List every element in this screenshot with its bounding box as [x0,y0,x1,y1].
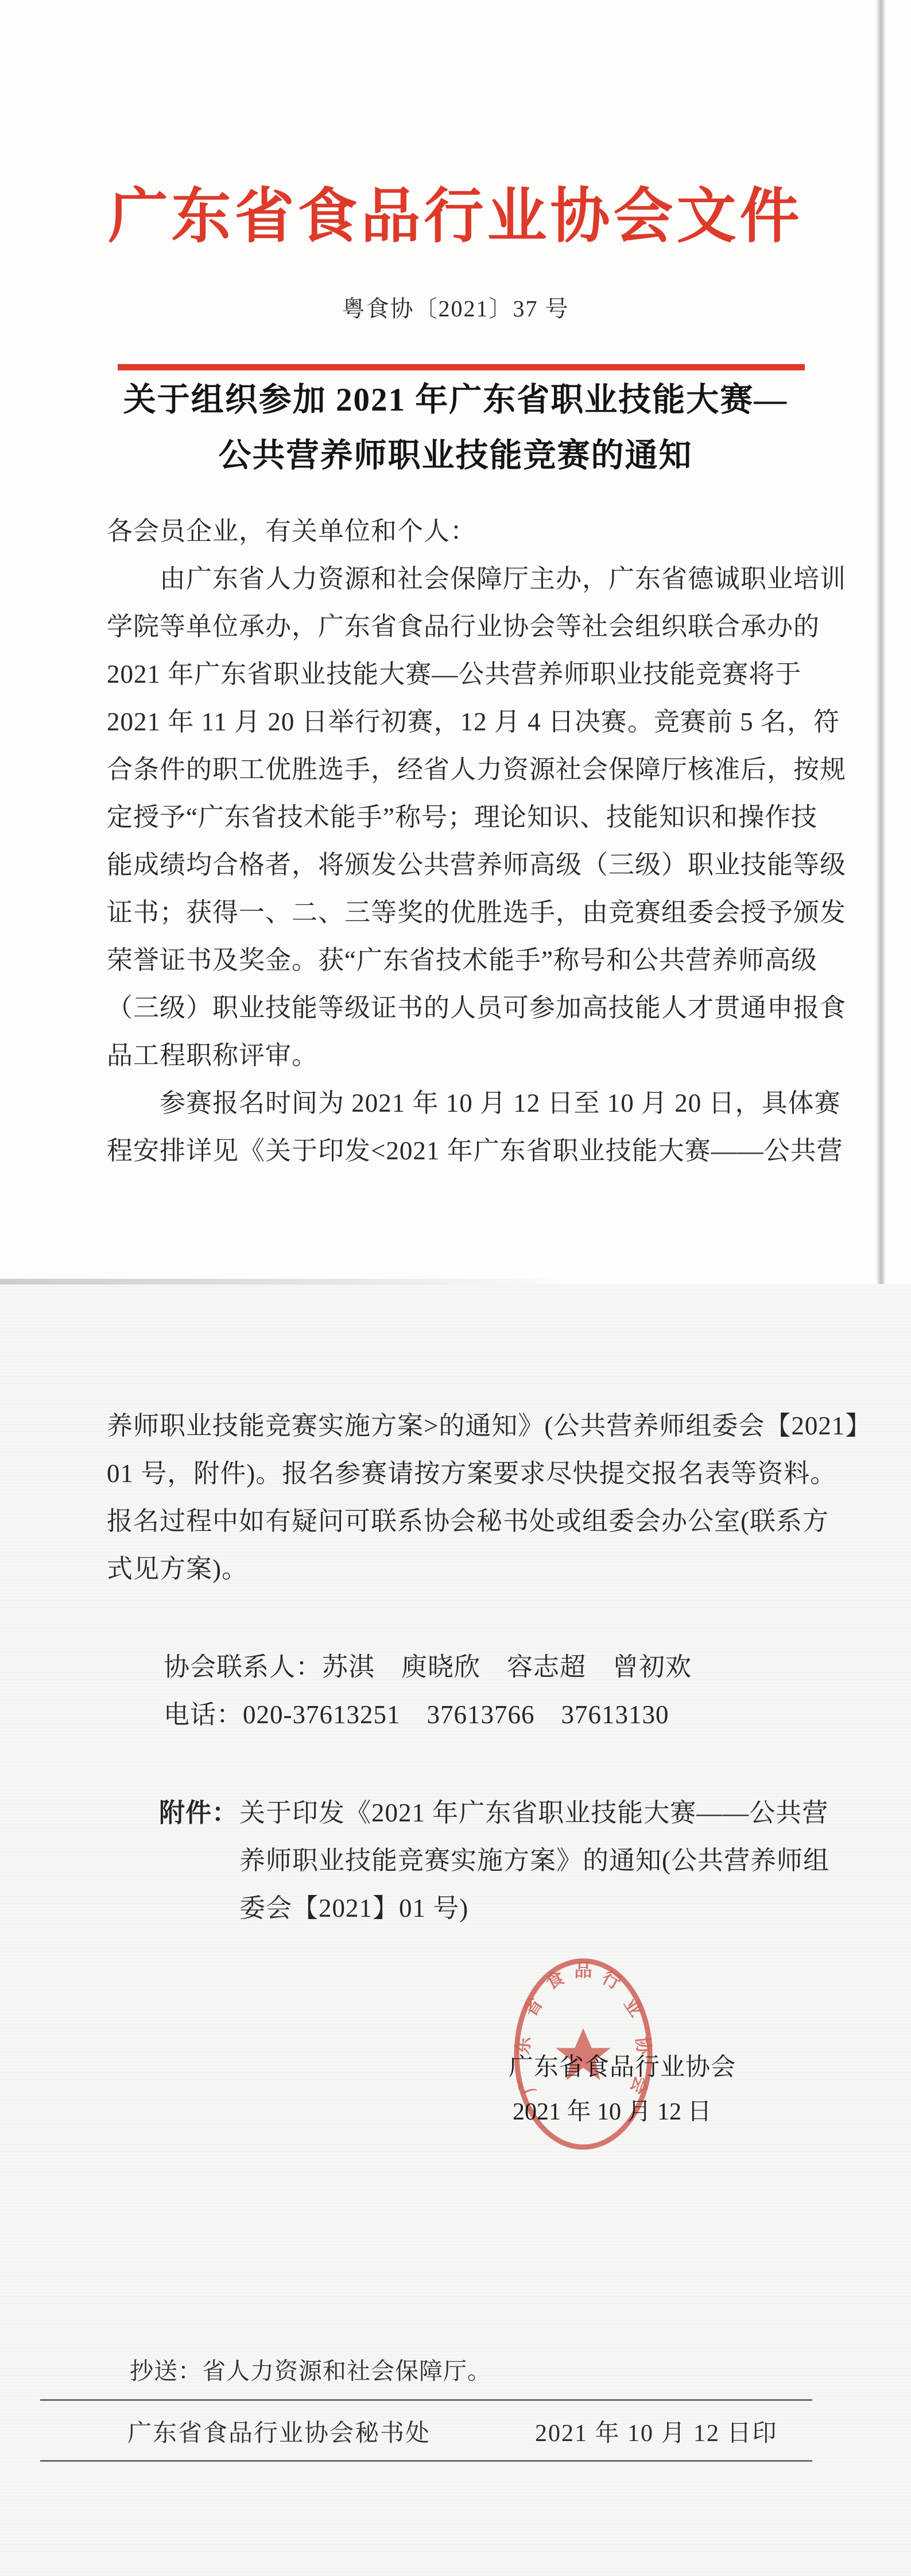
seal-ring-char: 协 [632,2036,654,2056]
body-line: 荣誉证书及奖金。获“广东省技术能手”称号和公共营养师高级 [107,937,831,984]
document-title: 关于组织参加 2021 年广东省职业技能大赛— 公共营养师职业技能竞赛的通知 [86,372,825,484]
body-line: 由广东省人力资源和社会保障厅主办，广东省德诚职业培训 [107,555,831,603]
body-line: 参赛报名时间为 2021 年 10 月 12 日至 10 月 20 日，具体赛 [107,1080,831,1127]
contact-phones: 电话：020-37613251 37613766 37613130 [164,1691,829,1739]
contacts-block: 协会联系人：苏淇 庾晓欣 容志超 曾初欢 电话：020-37613251 376… [164,1643,829,1739]
scanned-document: 广东省食品行业协会文件 粤食协〔2021〕37 号 关于组织参加 2021 年广… [0,0,911,2576]
body-line: 2021 年 11 月 20 日举行初赛，12 月 4 日决赛。竞赛前 5 名，… [107,698,831,746]
body-line: 证书；获得一、二、三等奖的优胜选手，由竞赛组委会授予颁发 [107,889,831,937]
page-break-shadow [0,1279,574,1285]
body-line: （三级）职业技能等级证书的人员可参加高技能人才贯通申报食 [107,984,831,1032]
footer-issuer: 广东省食品行业协会秘书处 [127,2414,431,2449]
letterhead-red-rule [118,364,805,370]
body-line: 01 号，附件)。报名参赛请按方案要求尽快提交报名表等资料。 [107,1450,831,1498]
page1-body: 各会员企业，有关单位和个人： 由广东省人力资源和社会保障厅主办，广东省德诚职业培… [107,508,831,1175]
body-line: 定授予“广东省技术能手”称号；理论知识、技能知识和操作技 [107,794,831,841]
attachment-block: 附件： 关于印发《2021 年广东省职业技能大赛——公共营 养师职业技能竞赛实施… [159,1789,831,1932]
seal-ring-char: 食 [542,1967,568,1993]
salutation: 各会员企业，有关单位和个人： [107,508,831,555]
body-line: 能成绩均合格者，将颁发公共营养师高级（三级）职业技能等级 [107,841,831,889]
body-line: 程安排详见《关于印发<2021 年广东省职业技能大赛——公共营 [107,1127,831,1175]
body-line: 报名过程中如有疑问可联系协会秘书处或组委会办公室(联系方 [107,1498,831,1545]
seal-ring-char: 行 [599,1967,624,1993]
body-line: 合条件的职工优胜选手，经省人力资源社会保障厅核准后，按规 [107,746,831,794]
body-line: 2021 年广东省职业技能大赛—公共营养师职业技能竞赛将于 [107,651,831,698]
body-line: 品工程职称评审。 [107,1032,831,1080]
page2-body: 养师职业技能竞赛实施方案>的通知》(公共营养师组委会【2021】 01 号，附件… [107,1402,831,1593]
footer-print-date: 2021 年 10 月 12 日印 [535,2414,778,2449]
seal-ring-char: 东 [512,2036,534,2055]
seal-star-icon [556,2028,610,2080]
body-line: 学院等单位承办，广东省食品行业协会等社会组织联合承办的 [107,603,831,651]
cc-line: 抄送：省人力资源和社会保障厅。 [130,2352,491,2386]
contact-persons: 协会联系人：苏淇 庾晓欣 容志超 曾初欢 [164,1643,829,1691]
body-line: 养师职业技能竞赛实施方案>的通知》(公共营养师组委会【2021】 [107,1402,831,1450]
body-line: 式见方案)。 [107,1545,831,1593]
attachment-line: 委会【2021】01 号) [239,1885,829,1932]
attachment-line: 关于印发《2021 年广东省职业技能大赛——公共营 [239,1789,829,1837]
footer-rule-bottom [40,2460,812,2462]
footer-rule-top [40,2399,812,2401]
document-number: 粤食协〔2021〕37 号 [0,291,911,323]
document-title-line1: 关于组织参加 2021 年广东省职业技能大赛— [86,372,825,428]
attachment-label: 附件： [159,1789,239,1932]
org-letterhead-title: 广东省食品行业协会文件 [0,168,911,254]
seal-ring-char: 品 [575,1960,592,1981]
document-title-line2: 公共营养师职业技能竞赛的通知 [86,428,825,484]
official-seal: 广 东 省 食 品 行 业 协 会 [509,1954,658,2155]
attachment-content: 关于印发《2021 年广东省职业技能大赛——公共营 养师职业技能竞赛实施方案》的… [239,1789,829,1932]
attachment-line: 养师职业技能竞赛实施方案》的通知(公共营养师组 [239,1837,829,1885]
